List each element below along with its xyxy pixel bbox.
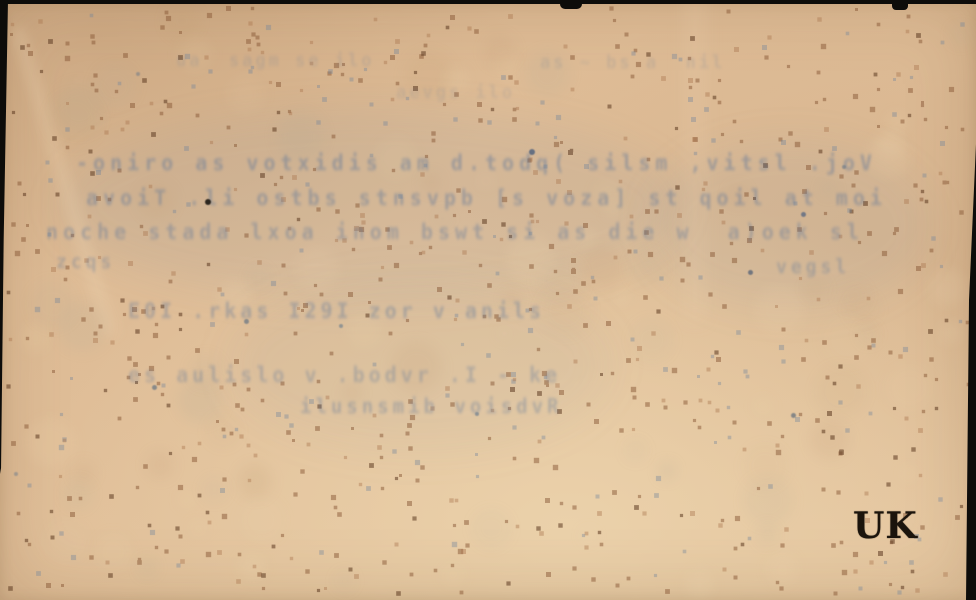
mottle-blotch [247, 266, 271, 290]
mottle-blotch [767, 554, 798, 585]
mottle-blotch [631, 319, 673, 361]
mottle-blotch [48, 94, 100, 146]
mottle-blotch [537, 257, 584, 304]
ink-dot [244, 319, 249, 324]
mottle-blotch [240, 498, 284, 542]
ink-dot [205, 199, 211, 205]
uk-stamp: UK [853, 508, 918, 544]
mottle-blotch [629, 250, 665, 286]
crease-highlight [12, 27, 115, 336]
mottle-blotch [73, 462, 95, 484]
mottle-blotch [335, 571, 355, 591]
mottle-blotch [540, 285, 591, 336]
mottle-blotch [146, 451, 174, 479]
mottle-blotch [929, 269, 965, 305]
mottle-blotch [238, 464, 272, 498]
ink-dot [529, 149, 535, 155]
mottle-blotch [754, 397, 772, 415]
mottle-blotch [757, 524, 778, 545]
bleedthrough-line: aevgs ilo [396, 82, 515, 103]
bleedthrough-line: noche stada lxoa inom bswt si as die w a… [46, 219, 864, 244]
mottle-blotch [815, 366, 866, 417]
scanned-card-photo: ua sagm se iloas ~ bs a nilaevgs ilo-oni… [0, 0, 976, 600]
backdrop-edge-top-notch [892, 0, 908, 10]
mottle-blotch [26, 418, 75, 467]
mottle-blotch [615, 291, 629, 305]
mottle-blotch [202, 477, 227, 502]
mottle-blotch [822, 315, 873, 366]
mottle-blotch [497, 326, 512, 341]
mottle-blotch [580, 246, 623, 289]
mottle-blotch [887, 113, 907, 133]
ink-dot [791, 413, 796, 418]
mottle-blotch [805, 277, 827, 299]
mottle-blotch [837, 280, 869, 312]
mottle-blotch [940, 322, 961, 343]
mottle-blotch [754, 284, 805, 335]
ink-dot [14, 472, 18, 476]
ink-dot [475, 412, 479, 416]
mottle-blotch [179, 492, 194, 507]
bleedthrough-line: vegsl [776, 256, 850, 278]
mottle-blotch [624, 439, 647, 462]
mottle-blotch [810, 420, 849, 459]
mottle-blotch [190, 520, 207, 537]
backdrop-edge-top [0, 0, 976, 4]
mottle-blotch [686, 571, 713, 598]
mottle-blotch [45, 520, 87, 562]
mottle-blotch [227, 76, 264, 113]
mottle-blotch [847, 293, 879, 325]
bleedthrough-line: es aulislo v .bodvr .I - ke [128, 362, 561, 387]
mottle-blotch [743, 444, 787, 488]
mottle-blotch [472, 509, 511, 548]
bleedthrough-line: E0I .rkas I29I zor v anils [128, 298, 545, 323]
mottle-blotch [484, 35, 516, 67]
mottle-blotch [877, 133, 902, 158]
mottle-blotch [951, 25, 971, 45]
mottle-blotch [582, 529, 596, 543]
ink-dot [748, 270, 753, 275]
bleedthrough-line: zcqs [56, 251, 115, 273]
bleedthrough-line: ua sagm se ilo [176, 50, 375, 71]
mottle-blotch [93, 64, 137, 108]
bleedthrough-line: ilusnsmib voisdvR [300, 395, 562, 418]
ink-dot [339, 324, 343, 328]
mottle-blotch [95, 533, 132, 570]
bleedthrough-line: -oniro as votxidis am d.todq( silsm ,vit… [76, 150, 877, 175]
ink-dot [136, 72, 140, 76]
ink-dot [801, 212, 806, 217]
mottle-blotch [64, 480, 92, 508]
bleedthrough-line: as ~ bs a nil [540, 52, 725, 73]
mottle-blotch [58, 302, 107, 351]
mottle-blotch [859, 325, 878, 344]
mottle-blotch [295, 247, 339, 291]
mottle-blotch [21, 324, 49, 352]
mottle-blotch [744, 476, 793, 525]
mottle-blotch [658, 462, 676, 480]
mottle-blotch [207, 415, 239, 447]
mottle-blotch [886, 365, 932, 411]
mottle-blotch [442, 564, 464, 586]
bleedthrough-line: avoiT .li ostbs stnsvpb [s voza] st qoil… [86, 185, 887, 210]
ink-dot [842, 165, 846, 169]
mottle-blotch [30, 281, 76, 327]
mottle-blotch [901, 466, 916, 481]
mottle-blotch [494, 53, 518, 77]
mottle-blotch [138, 558, 157, 577]
mottle-blotch [239, 554, 265, 580]
mottle-blotch [54, 83, 104, 133]
backdrop-edge-top-notch [560, 0, 582, 9]
mottle-blotch [165, 4, 199, 38]
card-paper-back: ua sagm se iloas ~ bs a nilaevgs ilo-oni… [0, 0, 976, 600]
ink-dot [152, 385, 157, 390]
